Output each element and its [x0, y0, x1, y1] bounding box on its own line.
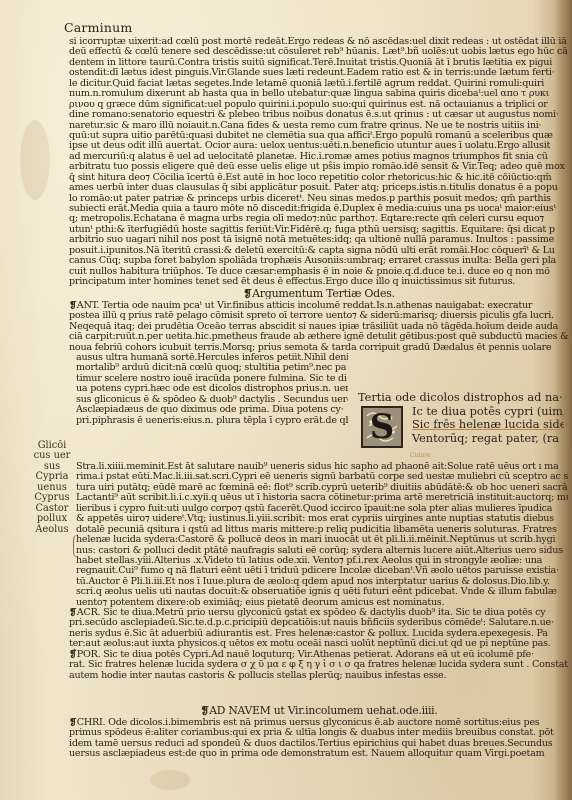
paper-stain: [20, 120, 50, 200]
pilcrow-icon: ❡: [243, 289, 252, 299]
pilcrow-icon: ❡: [200, 706, 209, 716]
margin-note: Aeolus: [32, 525, 72, 535]
ode-title: Tertia ode dicolos distrophos ad na·: [358, 391, 564, 405]
argument-heading: ❡Argumentum Tertiæ Odes.: [69, 289, 569, 299]
heading-text: Argumentum Tertiæ Odes.: [252, 289, 395, 299]
pilcrow-icon: ❡: [69, 649, 77, 660]
decorated-initial: S: [361, 406, 403, 448]
heading-text: AD NAVEM ut Vir.incolumem uehat.ode.iiii…: [209, 706, 437, 716]
commentary-block-4: Stra.li.xiiii.meminit.Est āt salutare na…: [76, 462, 568, 608]
commentary-block-6: ❡CHRI. Ode dicolos.i.bimembris est nā pr…: [69, 718, 569, 760]
commentary-block-2: ❡ANT. Tertia ode nauim pcaᵗ ut Vir.finib…: [69, 301, 569, 353]
running-head: Carminum: [64, 20, 132, 35]
text-line: pri.piphrasis ē ueneris:eius.n. plura tē…: [76, 416, 348, 426]
text-line: helenæ lucida sydera:Castorē & pollucē d…: [76, 535, 568, 545]
paper-stain: [150, 770, 190, 790]
text-line: autem hodie inter nautas castoris & poll…: [69, 671, 569, 681]
text-line: principatum inter homines tenet sed ēt d…: [69, 277, 569, 287]
commentary-block-5: ❡ACR. Sic te diua.Metrū prio uersu glyco…: [69, 608, 569, 681]
text-line: noua febriū cohors icubuit terris.Morsq;…: [69, 343, 569, 353]
initial-letter: S: [370, 410, 395, 444]
text-line: ames uerbū inter duas clausulas q̄ sibi …: [69, 183, 569, 193]
commentary-block-3: ausus ultra humanā sortē.Hercules infero…: [76, 353, 348, 426]
handwritten-annotation: Cutare .: [410, 452, 435, 459]
text-line: uento⁊ potentem dixere:ob eximiāq; eius …: [76, 598, 568, 608]
commentary-block-1: si icorruptæ uixerit:ad cœlū post mortē …: [69, 37, 569, 288]
text-line: dine romano:senatorio equestri & plebeo …: [69, 110, 569, 120]
margin-note: pollux: [32, 514, 72, 524]
margin-notes: Glicōi cus uer sus Cypria uenus Cyprus C…: [32, 441, 72, 535]
book-page: Carminum si icorruptæ uixerit:ad cœlū po…: [0, 0, 572, 800]
ode-heading: ❡AD NAVEM ut Vir.incolumem uehat.ode.iii…: [69, 706, 569, 716]
text-line: uersus asclæpiadeus est:de quo in prima …: [69, 749, 569, 759]
